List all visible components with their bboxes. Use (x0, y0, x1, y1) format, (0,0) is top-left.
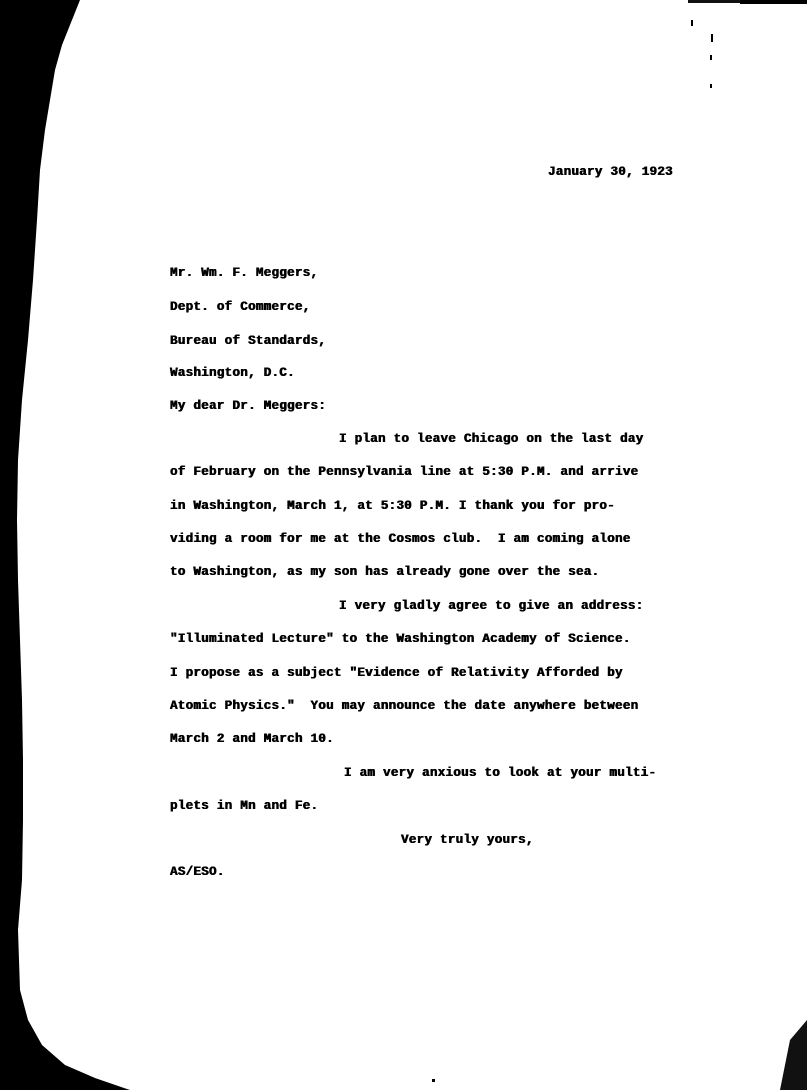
letter-page: January 30, 1923 Mr. Wm. F. Meggers, Dep… (0, 0, 807, 1090)
scan-speck (691, 20, 693, 26)
body-line: I propose as a subject "Evidence of Rela… (170, 667, 623, 680)
salutation: My dear Dr. Meggers: (170, 400, 326, 413)
letter-date: January 30, 1923 (548, 166, 673, 179)
recipient-name: Mr. Wm. F. Meggers, (170, 267, 318, 280)
complimentary-closing: Very truly yours, (401, 834, 534, 847)
body-line: March 2 and March 10. (170, 733, 334, 746)
body-line: I plan to leave Chicago on the last day (339, 433, 644, 446)
body-line: of February on the Pennsylvania line at … (170, 466, 638, 479)
recipient-city: Washington, D.C. (170, 367, 295, 380)
scan-speck (710, 84, 712, 88)
body-line: I am very anxious to look at your multi- (344, 767, 656, 780)
body-line: to Washington, as my son has already gon… (170, 566, 599, 579)
body-line: plets in Mn and Fe. (170, 800, 318, 813)
recipient-bureau: Bureau of Standards, (170, 335, 326, 348)
scan-speck (710, 55, 712, 60)
scan-speck (432, 1079, 435, 1082)
body-line: in Washington, March 1, at 5:30 P.M. I t… (170, 500, 615, 513)
body-line: I very gladly agree to give an address: (339, 600, 644, 613)
body-line: Atomic Physics." You may announce the da… (170, 700, 638, 713)
reference-initials: AS/ESO. (170, 866, 225, 879)
body-line: viding a room for me at the Cosmos club.… (170, 533, 631, 546)
recipient-department: Dept. of Commerce, (170, 301, 311, 314)
scan-speck (711, 34, 713, 42)
body-line: "Illuminated Lecture" to the Washington … (170, 633, 631, 646)
